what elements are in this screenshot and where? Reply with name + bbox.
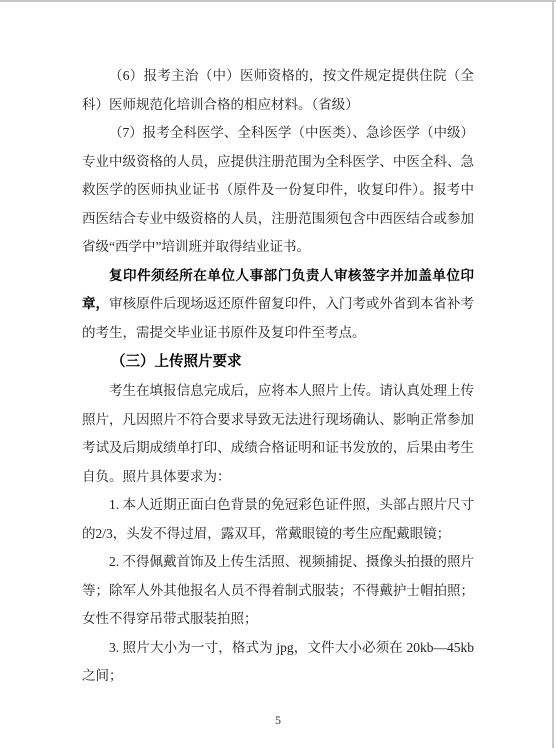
document-page: （6）报考主治（中）医师资格的，按文件规定提供住院（全科）医师规范化培训合格的相… (0, 0, 556, 756)
page-top-edge (0, 0, 556, 2)
copy-stamp-rest-text: 审核原件后现场返还原件留复印件，入门考或外省到本省补考的考生，需提交毕业证书原件… (82, 296, 474, 340)
paragraph-photo-req-2: 2. 不得佩戴首饰及上传生活照、视频捕捉、摄像头拍摄的照片等；除军人外其他报名人… (82, 548, 474, 634)
paragraph-photo-req-3: 3. 照片大小为一寸，格式为 jpg，文件大小必须在 20kb—45kb 之间； (82, 634, 474, 691)
paragraph-photo-intro: 考生在填报信息完成后，应将本人照片上传。请认真处理上传照片，凡因照片不符合要求导… (82, 377, 474, 491)
paragraph-item-7: （7）报考全科医学、全科医学（中医类）、急诊医学（中级）专业中级资格的人员，应提… (82, 119, 474, 262)
paragraph-item-6: （6）报考主治（中）医师资格的，按文件规定提供住院（全科）医师规范化培训合格的相… (82, 62, 474, 119)
document-body: （6）报考主治（中）医师资格的，按文件规定提供住院（全科）医师规范化培训合格的相… (82, 62, 474, 691)
paragraph-copy-stamp: 复印件须经所在单位人事部门负责人审核签字并加盖单位印章，审核原件后现场返还原件留… (82, 262, 474, 348)
page-right-edge (552, 0, 554, 748)
paragraph-photo-req-1: 1. 本人近期正面白色背景的免冠彩色证件照，头部占照片尺寸的2/3，头发不得过眉… (82, 491, 474, 548)
page-number: 5 (0, 713, 556, 728)
section-heading-photo-upload: （三）上传照片要求 (82, 347, 474, 377)
